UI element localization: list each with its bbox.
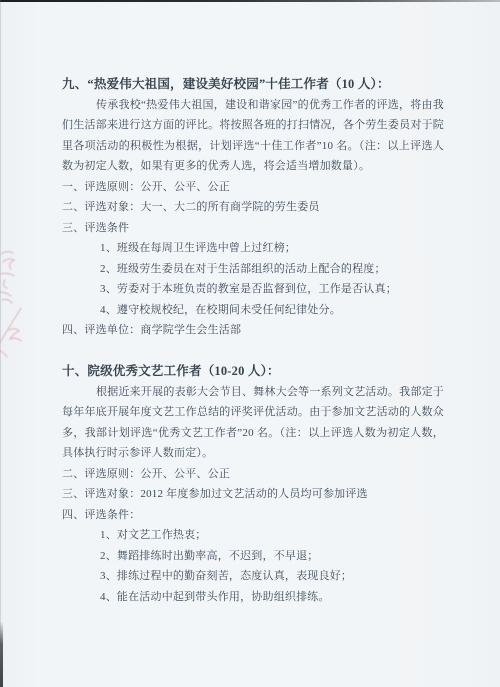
criteria-subitem: 4、遵守校规校纪，在校期间未受任何纪律处分。 (62, 300, 444, 321)
criteria-item: 二、评选对象：大一、大二的所有商学院的劳生委员 (62, 197, 444, 218)
criteria-item: 二、评选原则：公开、公平、公正 (62, 464, 444, 485)
criteria-subitem: 4、能在活动中起到带头作用，协助组织排练。 (62, 587, 444, 608)
criteria-subitem: 1、班级在每周卫生评选中曾上过红榜； (62, 238, 444, 259)
criteria-item: 一、评选原则：公开、公平、公正 (62, 177, 444, 198)
section-heading: 九、“热爱伟大祖国，建设美好校园”十佳工作者（10 人）： (62, 74, 444, 95)
section-nine-top-workers: 九、“热爱伟大祖国，建设美好校园”十佳工作者（10 人）： 传承我校“热爱伟大祖… (62, 74, 444, 341)
criteria-item: 四、评选条件： (62, 505, 444, 526)
section-ten-art-workers: 十、院级优秀文艺工作者（10-20 人）： 根据近来开展的表彰大会节目、舞林大会… (62, 361, 444, 607)
criteria-subitem: 1、对文艺工作热衷； (62, 525, 444, 546)
document-body: 九、“热爱伟大祖国，建设美好校园”十佳工作者（10 人）： 传承我校“热爱伟大祖… (62, 74, 444, 607)
criteria-item: 三、评选对象：2012 年度参加过文艺活动的人员均可参加评选 (62, 484, 444, 505)
intro-paragraph: 传承我校“热爱伟大祖国，建设和谐家园”的优秀工作者的评选，将由我们生活部来进行这… (62, 95, 444, 177)
organizing-unit-line: 四、评选单位：商学院学生会生活部 (62, 320, 444, 341)
scanned-page: 九、“热爱伟大祖国，建设美好校园”十佳工作者（10 人）： 传承我校“热爱伟大祖… (0, 0, 500, 687)
criteria-subitem: 2、舞蹈排练时出勤率高，不迟到，不早退； (62, 546, 444, 567)
scan-edge-artifact-bottom-left (0, 621, 3, 687)
criteria-item: 三、评选条件 (62, 218, 444, 239)
criteria-subitem: 2、班级劳生委员在对于生活部组织的活动上配合的程度； (62, 259, 444, 280)
section-heading: 十、院级优秀文艺工作者（10-20 人）： (62, 361, 444, 382)
intro-paragraph: 根据近来开展的表彰大会节目、舞林大会等一系列文艺活动。我部定于每年年底开展年度文… (62, 382, 444, 464)
criteria-subitem: 3、排练过程中的勤奋刻苦，态度认真，表现良好； (62, 566, 444, 587)
criteria-subitem: 3、劳委对于本班负责的教室是否监督到位，工作是否认真； (62, 279, 444, 300)
red-ink-bleedthrough-mark (0, 222, 31, 372)
scan-edge-artifact-top (0, 0, 500, 2)
